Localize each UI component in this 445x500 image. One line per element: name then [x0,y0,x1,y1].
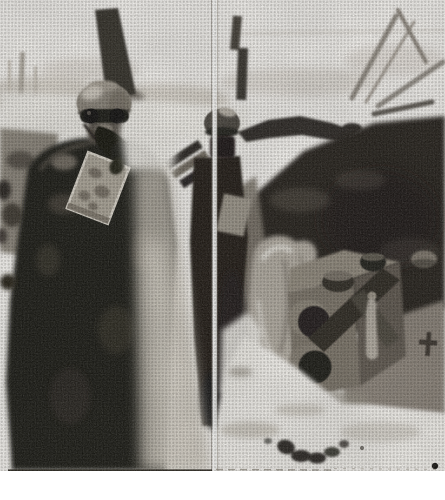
blotch-overlay [0,0,445,471]
newspaper-photo [0,0,445,500]
photo-area [0,0,445,471]
newsprint-page [0,0,445,500]
